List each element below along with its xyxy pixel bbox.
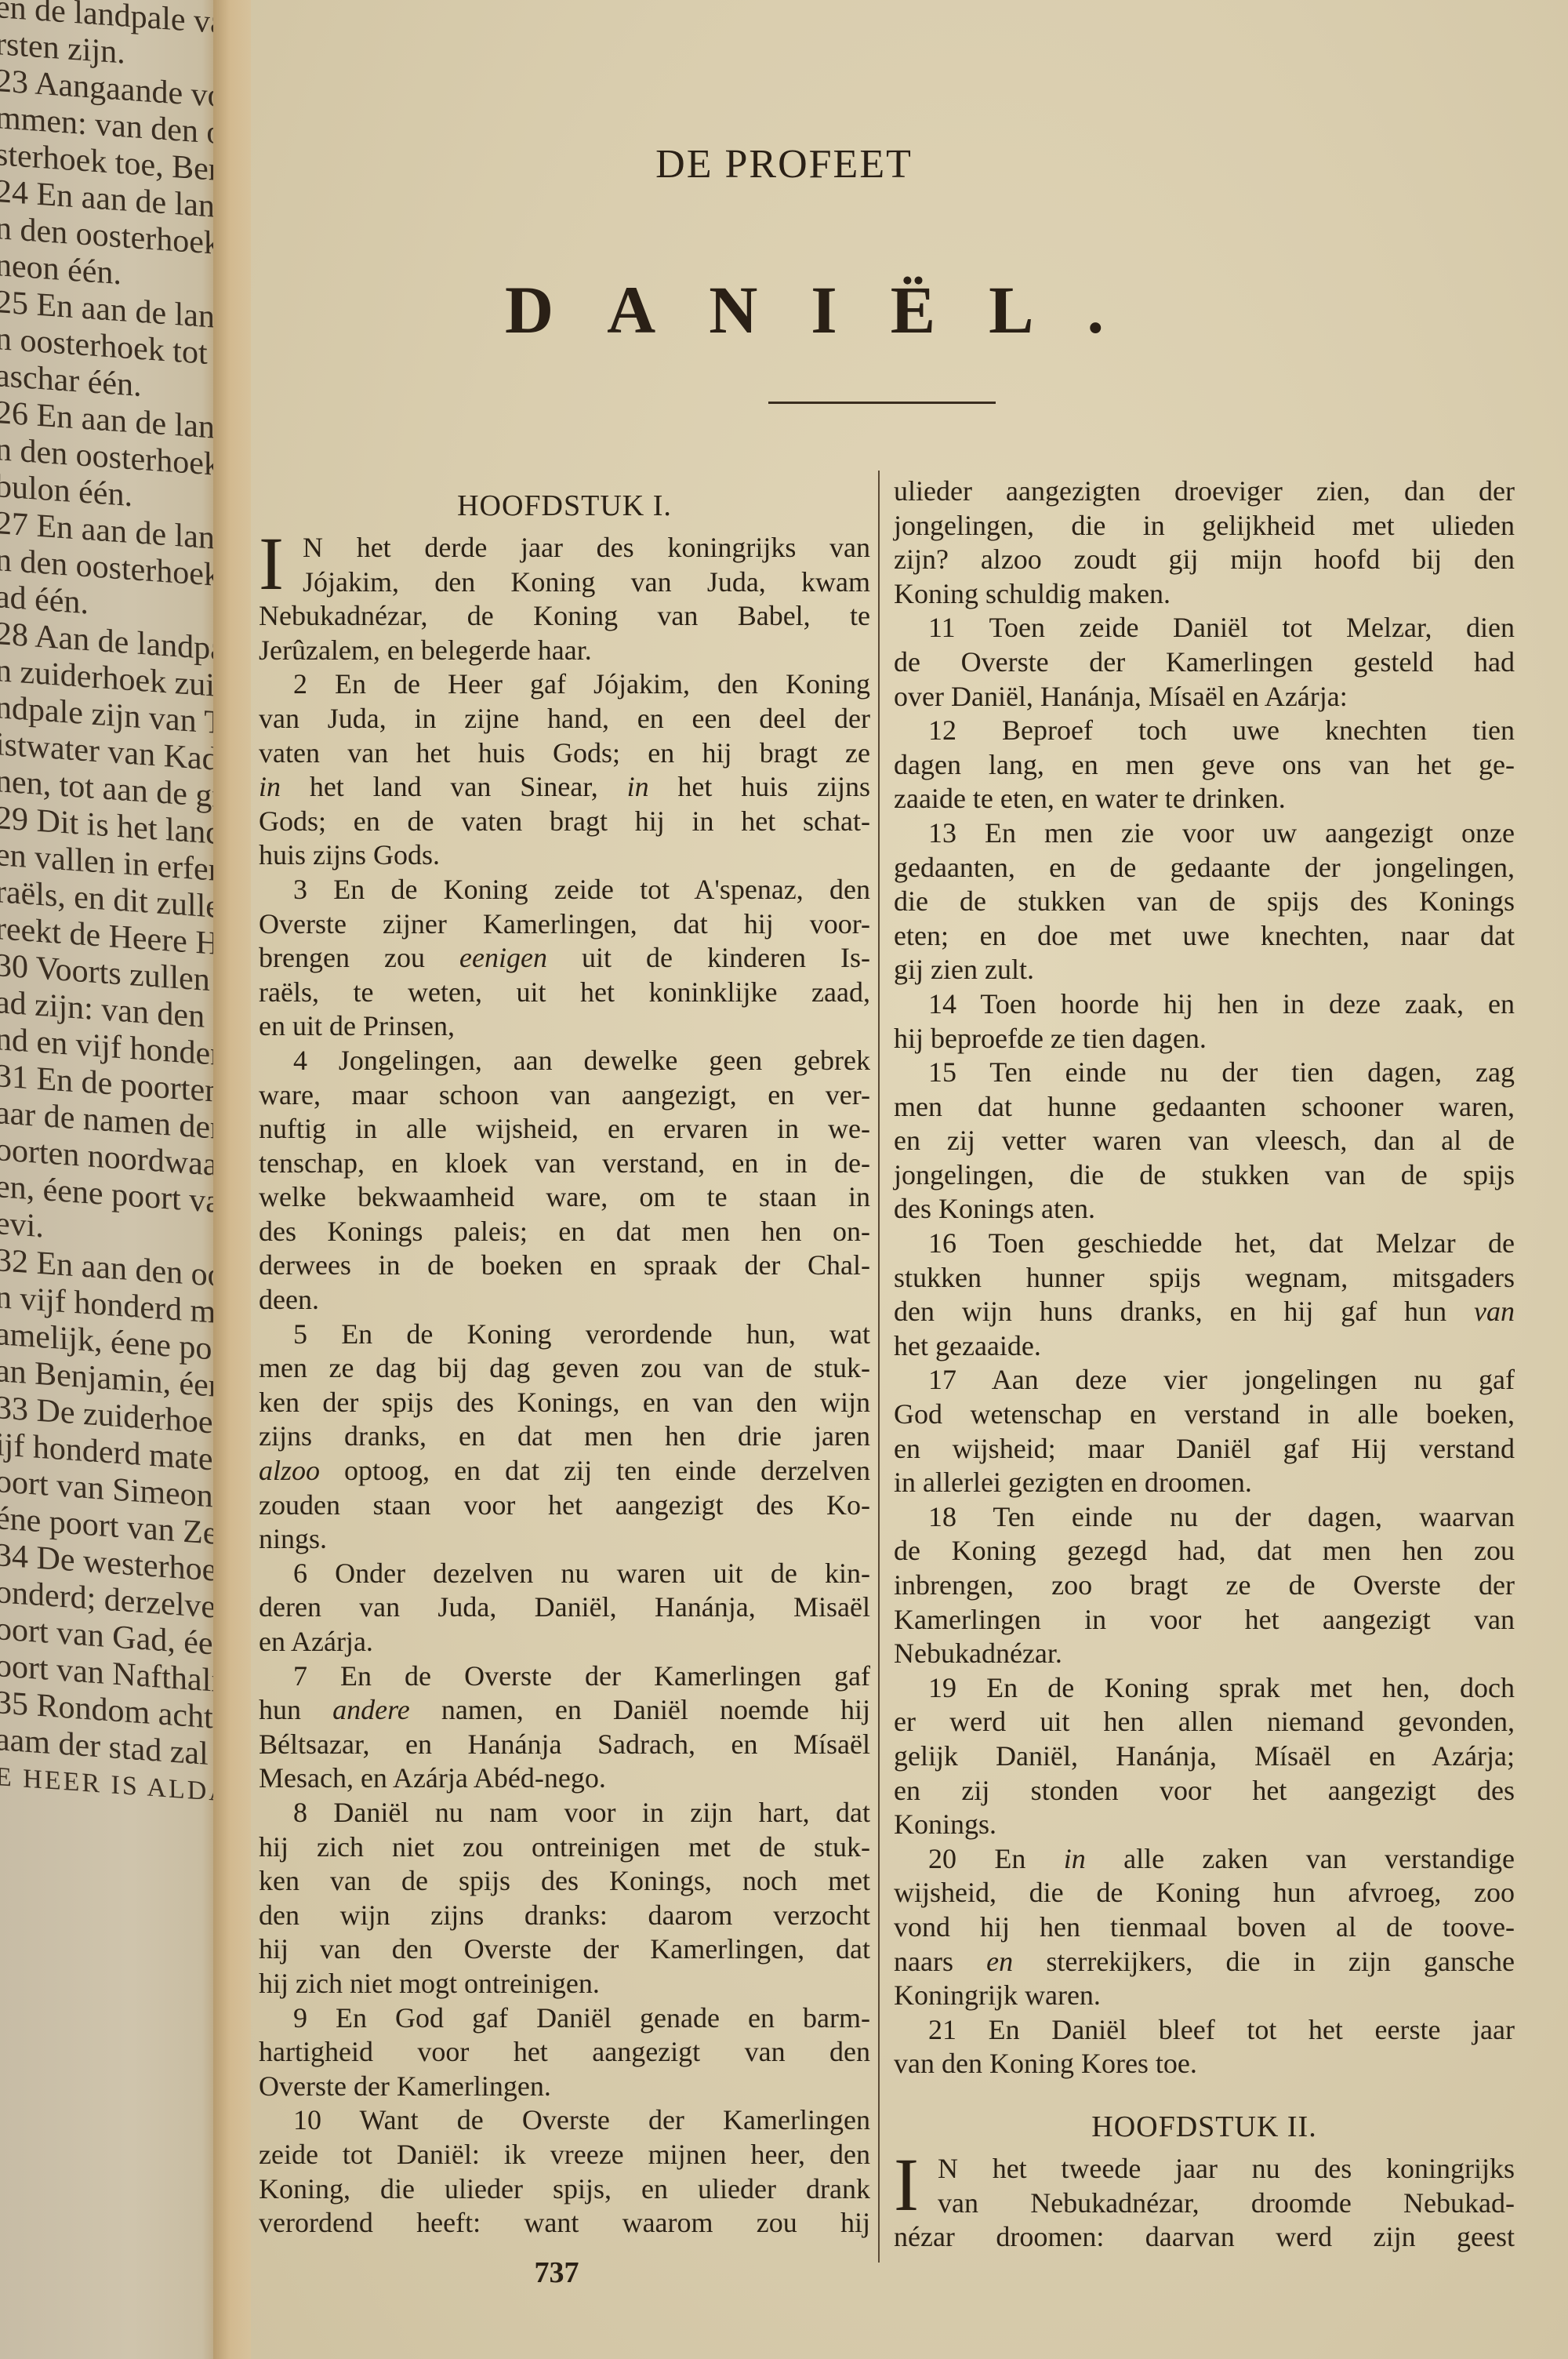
text-line: God wetenschap en verstand in alle boeke… (894, 1398, 1515, 1432)
text-line: de Overste der Kamerlingen gesteld had (894, 645, 1515, 680)
text-line: hij van den Overste der Kamerlingen, dat (259, 1932, 870, 1967)
line-text: brengen zou eenigen uit de kinderen Is- (259, 942, 870, 973)
line-text: jongelingen, die in gelijkheid met ulied… (894, 510, 1515, 541)
line-text: Gods; en de vaten bragt hij in het schat… (259, 805, 870, 837)
line-text: eten; en doe met uwe knechten, naar dat (894, 920, 1515, 951)
text-line: eten; en doe met uwe knechten, naar dat (894, 919, 1515, 954)
line-text: en zij vetter waren van vleesch, dan al … (894, 1125, 1515, 1156)
line-text: de Koning gezegd had, dat men hen zou (894, 1535, 1515, 1566)
text-line: 21 En Daniël bleef tot het eerste jaar (894, 2013, 1515, 2048)
line-text: 2 En de Heer gaf Jójakim, den Koning (293, 668, 870, 700)
line-text: inbrengen, zoo bragt ze de Overste der (894, 1569, 1515, 1601)
line-text: Béltsazar, en Hanánja Sadrach, en Mísaël (259, 1728, 870, 1760)
text-line: er werd uit hen allen niemand gevonden, (894, 1705, 1515, 1739)
line-text: 13 En men zie voor uw aangezigt onze (928, 817, 1515, 849)
line-text: over Daniël, Hanánja, Mísaël en Azárja: (894, 681, 1348, 712)
text-line: gij zien zult. (894, 953, 1515, 987)
text-line: van Nebukadnézar, droomde Nebukad- (894, 2186, 1515, 2221)
line-text: 14 Toen hoorde hij hen in deze zaak, en (928, 988, 1515, 1020)
line-text: Konings. (894, 1808, 996, 1840)
text-line: die de stukken van de spijs des Konings (894, 885, 1515, 919)
text-line: huis zijns Gods. (259, 838, 870, 873)
text-line: gelijk Daniël, Hanánja, Mísaël en Azárja… (894, 1739, 1515, 1774)
line-text: tenschap, en kloek van verstand, en in d… (259, 1147, 870, 1179)
line-text: 19 En de Koning sprak met hen, doch (928, 1672, 1515, 1703)
line-text: Overste der Kamerlingen. (259, 2070, 551, 2102)
line-text: huis zijns Gods. (259, 839, 440, 871)
line-text: God wetenschap en verstand in alle boeke… (894, 1398, 1515, 1430)
line-text: 10 Want de Overste der Kamerlingen (293, 2104, 870, 2135)
text-line: dagen lang, en men geve ons van het ge- (894, 748, 1515, 783)
line-text: die de stukken van de spijs des Konings (894, 885, 1515, 917)
line-text: N het derde jaar des koningrijks van (303, 532, 870, 563)
left-column-text: IN het derde jaar des koningrijks vanJój… (259, 531, 870, 2241)
line-text: gij zien zult. (894, 954, 1034, 985)
text-line: des Konings aten. (894, 1192, 1515, 1227)
text-line: naars en sterrekijkers, die in zijn gans… (894, 1945, 1515, 1979)
line-text: hij zich niet mogt ontreinigen. (259, 1968, 600, 1999)
text-line: 15 Ten einde nu der tien dagen, zag (894, 1056, 1515, 1090)
text-line: derwees in de boeken en spraak der Chal- (259, 1249, 870, 1283)
line-text: naars en sterrekijkers, die in zijn gans… (894, 1946, 1515, 1977)
text-line: vond hij hen tienmaal boven al de toove- (894, 1910, 1515, 1945)
running-title: DE PROFEET (251, 141, 1317, 187)
text-line: en wijsheid; maar Daniël gaf Hij verstan… (894, 1432, 1515, 1467)
line-text: 11 Toen zeide Daniël tot Melzar, dien (928, 612, 1515, 643)
text-line: 20 En in alle zaken van verstandige (894, 1842, 1515, 1877)
text-line: 11 Toen zeide Daniël tot Melzar, dien (894, 611, 1515, 645)
line-text: men ze dag bij dag geven zou van de stuk… (259, 1352, 870, 1383)
text-line: hij zich niet mogt ontreinigen. (259, 1967, 870, 2001)
line-text: Koning schuldig maken. (894, 578, 1171, 609)
text-line: hij beproefde ze tien dagen. (894, 1022, 1515, 1056)
line-text: 20 En in alle zaken van verstandige (928, 1843, 1515, 1874)
text-line: ulieder aangezigten droeviger zien, dan … (894, 474, 1515, 509)
right-column-text: ulieder aangezigten droeviger zien, dan … (894, 474, 1515, 2081)
line-text: het gezaaide. (894, 1330, 1041, 1361)
text-line: Koning schuldig maken. (894, 577, 1515, 612)
line-text: men dat hunne gedaanten schooner waren, (894, 1091, 1515, 1122)
text-line: 8 Daniël nu nam voor in zijn hart, dat (259, 1796, 870, 1830)
line-text: 18 Ten einde nu der dagen, waarvan (928, 1501, 1515, 1532)
text-line: Jójakim, den Koning van Juda, kwam (259, 565, 870, 600)
line-text: van den Koning Kores toe. (894, 2048, 1197, 2079)
line-text: deen. (259, 1284, 319, 1315)
text-line: Nebukadnézar. (894, 1637, 1515, 1671)
text-line: van den Koning Kores toe. (894, 2047, 1515, 2081)
line-text: zeide tot Daniël: ik vreeze mijnen heer,… (259, 2139, 870, 2170)
line-text: 6 Onder dezelven nu waren uit de kin- (293, 1558, 870, 1589)
line-text: Koning, die ulieder spijs, en ulieder dr… (259, 2173, 870, 2205)
text-line: Béltsazar, en Hanánja Sadrach, en Mísaël (259, 1728, 870, 1762)
text-line: 6 Onder dezelven nu waren uit de kin- (259, 1557, 870, 1591)
text-line: hartigheid voor het aangezigt van den (259, 2035, 870, 2070)
text-line: 19 En de Koning sprak met hen, doch (894, 1671, 1515, 1706)
line-text: dagen lang, en men geve ons van het ge- (894, 749, 1515, 780)
line-text: 8 Daniël nu nam voor in zijn hart, dat (293, 1797, 870, 1828)
text-line: Jerûzalem, en belegerde haar. (259, 634, 870, 668)
line-text: deren van Juda, Daniël, Hanánja, Misaël (259, 1591, 870, 1623)
text-line: deen. (259, 1283, 870, 1318)
left-column: HOOFDSTUK I. IN het derde jaar des konin… (259, 474, 870, 2241)
text-line: 5 En de Koning verordende hun, wat (259, 1318, 870, 1352)
line-text: hij van den Overste der Kamerlingen, dat (259, 1933, 870, 1965)
line-text: Overste zijner Kamerlingen, dat hij voor… (259, 908, 870, 940)
text-line: Kamerlingen in voor het aangezigt van (894, 1603, 1515, 1637)
line-text: en wijsheid; maar Daniël gaf Hij verstan… (894, 1433, 1515, 1464)
text-line: ken der spijs des Konings, en van den wi… (259, 1386, 870, 1420)
text-line: in allerlei gezigten en droomen. (894, 1466, 1515, 1500)
text-line: men ze dag bij dag geven zou van de stuk… (259, 1351, 870, 1386)
line-text: Koningrijk waren. (894, 1979, 1101, 2011)
text-line: het gezaaide. (894, 1329, 1515, 1364)
right-column: ulieder aangezigten droeviger zien, dan … (894, 474, 1515, 2255)
line-text: raëls, te weten, uit het koninklijke zaa… (259, 976, 870, 1008)
text-line: Overste der Kamerlingen. (259, 2070, 870, 2104)
line-text: des Konings aten. (894, 1193, 1095, 1224)
line-text: N het tweede jaar nu des koningrijks (938, 2153, 1515, 2184)
line-text: alzoo optoog, en dat zij ten einde derze… (259, 1455, 870, 1486)
line-text: en Azárja. (259, 1626, 373, 1657)
line-text: 17 Aan deze vier jongelingen nu gaf (928, 1364, 1515, 1395)
text-line: alzoo optoog, en dat zij ten einde derze… (259, 1454, 870, 1488)
line-text: Jójakim, den Koning van Juda, kwam (303, 566, 870, 598)
text-line: jongelingen, die in gelijkheid met ulied… (894, 509, 1515, 543)
text-line: hij zich niet zou ontreinigen met de stu… (259, 1830, 870, 1865)
text-line: zaaide te eten, en water te drinken. (894, 782, 1515, 816)
line-text: en zij stonden voor het aangezigt des (894, 1775, 1515, 1806)
line-text: den wijn huns dranks, en hij gaf hun van (894, 1296, 1515, 1327)
page-737: DE PROFEET DANIËL. HOOFDSTUK I. IN het d… (251, 0, 1568, 2359)
line-text: in het land van Sinear, in het huis zijn… (259, 771, 870, 802)
line-text: ware, maar schoon van aangezigt, en ver- (259, 1079, 870, 1110)
line-text: 16 Toen geschiedde het, dat Melzar de (928, 1227, 1515, 1259)
text-line: raëls, te weten, uit het koninklijke zaa… (259, 976, 870, 1010)
line-text: ulieder aangezigten droeviger zien, dan … (894, 475, 1515, 507)
line-text: vond hij hen tienmaal boven al de toove- (894, 1911, 1515, 1943)
text-line: Koning, die ulieder spijs, en ulieder dr… (259, 2172, 870, 2207)
right-column-text-chapter-2: IN het tweede jaar nu des koningrijksvan… (894, 2152, 1515, 2255)
text-line: 3 En de Koning zeide tot A'spenaz, den (259, 873, 870, 907)
line-text: 5 En de Koning verordende hun, wat (293, 1318, 870, 1350)
text-line: zijn? alzoo zoudt gij mijn hoofd bij den (894, 543, 1515, 577)
text-line: verordend heeft: want waarom zou hij (259, 2206, 870, 2241)
text-line: stukken hunner spijs wegnam, mitsgaders (894, 1261, 1515, 1296)
book-title: DANIËL. (251, 271, 1364, 349)
line-text: zijns dranks, en dat men hen drie jaren (259, 1420, 870, 1452)
text-line: tenschap, en kloek van verstand, en in d… (259, 1147, 870, 1181)
line-text: stukken hunner spijs wegnam, mitsgaders (894, 1262, 1515, 1293)
text-line: Nebukadnézar, de Koning van Babel, te (259, 599, 870, 634)
text-line: ken van de spijs des Konings, noch met (259, 1864, 870, 1899)
text-line: nuftig in alle wijsheid, en ervaren in w… (259, 1112, 870, 1147)
line-text: zaaide te eten, en water te drinken. (894, 783, 1286, 814)
line-text: vaten van het huis Gods; en hij bragt ze (259, 737, 870, 769)
text-line: Konings. (894, 1808, 1515, 1842)
line-text: er werd uit hen allen niemand gevonden, (894, 1706, 1515, 1737)
line-text: hij beproefde ze tien dagen. (894, 1023, 1207, 1054)
text-line: zeide tot Daniël: ik vreeze mijnen heer,… (259, 2138, 870, 2172)
line-text: Mesach, en Azárja Abéd-nego. (259, 1762, 606, 1794)
text-line: 16 Toen geschiedde het, dat Melzar de (894, 1227, 1515, 1261)
line-text: zijn? alzoo zoudt gij mijn hoofd bij den (894, 543, 1515, 575)
line-text: Jerûzalem, en belegerde haar. (259, 634, 592, 666)
text-line: IN het tweede jaar nu des koningrijks (894, 2152, 1515, 2186)
text-line: vaten van het huis Gods; en hij bragt ze (259, 736, 870, 771)
text-line: nings. (259, 1522, 870, 1557)
text-line: IN het derde jaar des koningrijks van (259, 531, 870, 565)
text-line: wijsheid, die de Koning hun afvroeg, zoo (894, 1876, 1515, 1910)
line-text: nuftig in alle wijsheid, en ervaren in w… (259, 1113, 870, 1144)
text-line: 13 En men zie voor uw aangezigt onze (894, 816, 1515, 851)
line-text: in allerlei gezigten en droomen. (894, 1467, 1252, 1498)
text-line: en zij stonden voor het aangezigt des (894, 1774, 1515, 1808)
line-text: wijsheid, die de Koning hun afvroeg, zoo (894, 1877, 1515, 1908)
line-text: gelijk Daniël, Hanánja, Mísaël en Azárja… (894, 1740, 1515, 1772)
line-text: hij zich niet zou ontreinigen met de stu… (259, 1831, 870, 1863)
chapter-heading-1: HOOFDSTUK I. (259, 489, 870, 523)
text-line: den wijn zijns dranks: daarom verzocht (259, 1899, 870, 1933)
page-number: 737 (517, 2255, 596, 2290)
text-line: zouden staan voor het aangezigt des Ko- (259, 1488, 870, 1523)
text-line: en Azárja. (259, 1625, 870, 1659)
text-line: 14 Toen hoorde hij hen in deze zaak, en (894, 987, 1515, 1022)
text-line: van Juda, in zijne hand, en een deel der (259, 702, 870, 736)
text-line: over Daniël, Hanánja, Mísaël en Azárja: (894, 680, 1515, 714)
previous-page-fragment: en de landpale vanrsten zijn.23 Aangaand… (0, 0, 220, 2359)
text-line: inbrengen, zoo bragt ze de Overste der (894, 1568, 1515, 1603)
text-line: de Koning gezegd had, dat men hen zou (894, 1534, 1515, 1568)
text-line: hun andere namen, en Daniël noemde hij (259, 1693, 870, 1728)
text-line: 9 En God gaf Daniël genade en barm- (259, 2001, 870, 2036)
text-line: Gods; en de vaten bragt hij in het schat… (259, 805, 870, 839)
line-text: 3 En de Koning zeide tot A'spenaz, den (293, 874, 870, 905)
line-text: 9 En God gaf Daniël genade en barm- (293, 2002, 870, 2034)
text-line: jongelingen, die de stukken van de spijs (894, 1158, 1515, 1193)
text-line: 7 En de Overste der Kamerlingen gaf (259, 1659, 870, 1694)
text-line: en uit de Prinsen, (259, 1009, 870, 1044)
text-line: 17 Aan deze vier jongelingen nu gaf (894, 1363, 1515, 1398)
text-line: deren van Juda, Daniël, Hanánja, Misaël (259, 1590, 870, 1625)
line-text: van Juda, in zijne hand, en een deel der (259, 703, 870, 734)
line-text: de Overste der Kamerlingen gesteld had (894, 646, 1515, 678)
text-line: 10 Want de Overste der Kamerlingen (259, 2103, 870, 2138)
text-line: 18 Ten einde nu der dagen, waarvan (894, 1500, 1515, 1535)
text-line: brengen zou eenigen uit de kinderen Is- (259, 941, 870, 976)
text-line: men dat hunne gedaanten schooner waren, (894, 1090, 1515, 1125)
text-line: Mesach, en Azárja Abéd-nego. (259, 1761, 870, 1796)
text-line: des Konings paleis; en dat men hen on- (259, 1215, 870, 1249)
text-line: nézar droomen: daarvan werd zijn geest (894, 2220, 1515, 2255)
text-line: zijns dranks, en dat men hen drie jaren (259, 1419, 870, 1454)
line-text: hartigheid voor het aangezigt van den (259, 2036, 870, 2067)
line-text: en uit de Prinsen, (259, 1010, 455, 1041)
line-text: ken van de spijs des Konings, noch met (259, 1865, 870, 1896)
line-text: 4 Jongelingen, aan dewelke geen gebrek (293, 1045, 870, 1076)
text-line: en zij vetter waren van vleesch, dan al … (894, 1124, 1515, 1158)
text-line: den wijn huns dranks, en hij gaf hun van (894, 1295, 1515, 1329)
text-line: Overste zijner Kamerlingen, dat hij voor… (259, 907, 870, 942)
line-text: welke bekwaamheid ware, om te staan in (259, 1181, 870, 1212)
chapter-heading-2: HOOFDSTUK II. (894, 2110, 1515, 2144)
line-text: van Nebukadnézar, droomde Nebukad- (938, 2187, 1515, 2219)
line-text: 12 Beproef toch uwe knechten tien (928, 714, 1515, 746)
text-line: gedaanten, en de gedaante der jongelinge… (894, 851, 1515, 885)
text-line: Koningrijk waren. (894, 1979, 1515, 2013)
line-text: ken der spijs des Konings, en van den wi… (259, 1387, 870, 1418)
line-text: den wijn zijns dranks: daarom verzocht (259, 1899, 870, 1931)
text-line: 4 Jongelingen, aan dewelke geen gebrek (259, 1044, 870, 1078)
column-divider (878, 471, 880, 2263)
line-text: zouden staan voor het aangezigt des Ko- (259, 1489, 870, 1521)
line-text: jongelingen, die de stukken van de spijs (894, 1159, 1515, 1190)
line-text: Kamerlingen in voor het aangezigt van (894, 1604, 1515, 1635)
line-text: verordend heeft: want waarom zou hij (259, 2207, 870, 2238)
line-text: 15 Ten einde nu der tien dagen, zag (928, 1056, 1515, 1088)
text-line: 2 En de Heer gaf Jójakim, den Koning (259, 667, 870, 702)
drop-cap: I (894, 2150, 919, 2219)
line-text: Nebukadnézar, de Koning van Babel, te (259, 600, 870, 631)
line-text: 7 En de Overste der Kamerlingen gaf (293, 1660, 870, 1692)
line-text: nings. (259, 1523, 327, 1554)
line-text: nézar droomen: daarvan werd zijn geest (894, 2221, 1515, 2252)
text-line: in het land van Sinear, in het huis zijn… (259, 770, 870, 805)
text-line: 12 Beproef toch uwe knechten tien (894, 714, 1515, 748)
line-text: Nebukadnézar. (894, 1637, 1062, 1669)
title-rule (768, 402, 996, 404)
line-text: des Konings paleis; en dat men hen on- (259, 1216, 870, 1247)
line-text: 21 En Daniël bleef tot het eerste jaar (928, 2014, 1515, 2045)
text-line: ware, maar schoon van aangezigt, en ver- (259, 1078, 870, 1113)
line-text: derwees in de boeken en spraak der Chal- (259, 1249, 870, 1281)
previous-page-text: en de landpale vanrsten zijn.23 Aangaand… (0, 0, 220, 1812)
drop-cap: I (259, 529, 284, 598)
line-text: hun andere namen, en Daniël noemde hij (259, 1694, 870, 1725)
text-line: welke bekwaamheid ware, om te staan in (259, 1180, 870, 1215)
line-text: gedaanten, en de gedaante der jongelinge… (894, 852, 1515, 883)
